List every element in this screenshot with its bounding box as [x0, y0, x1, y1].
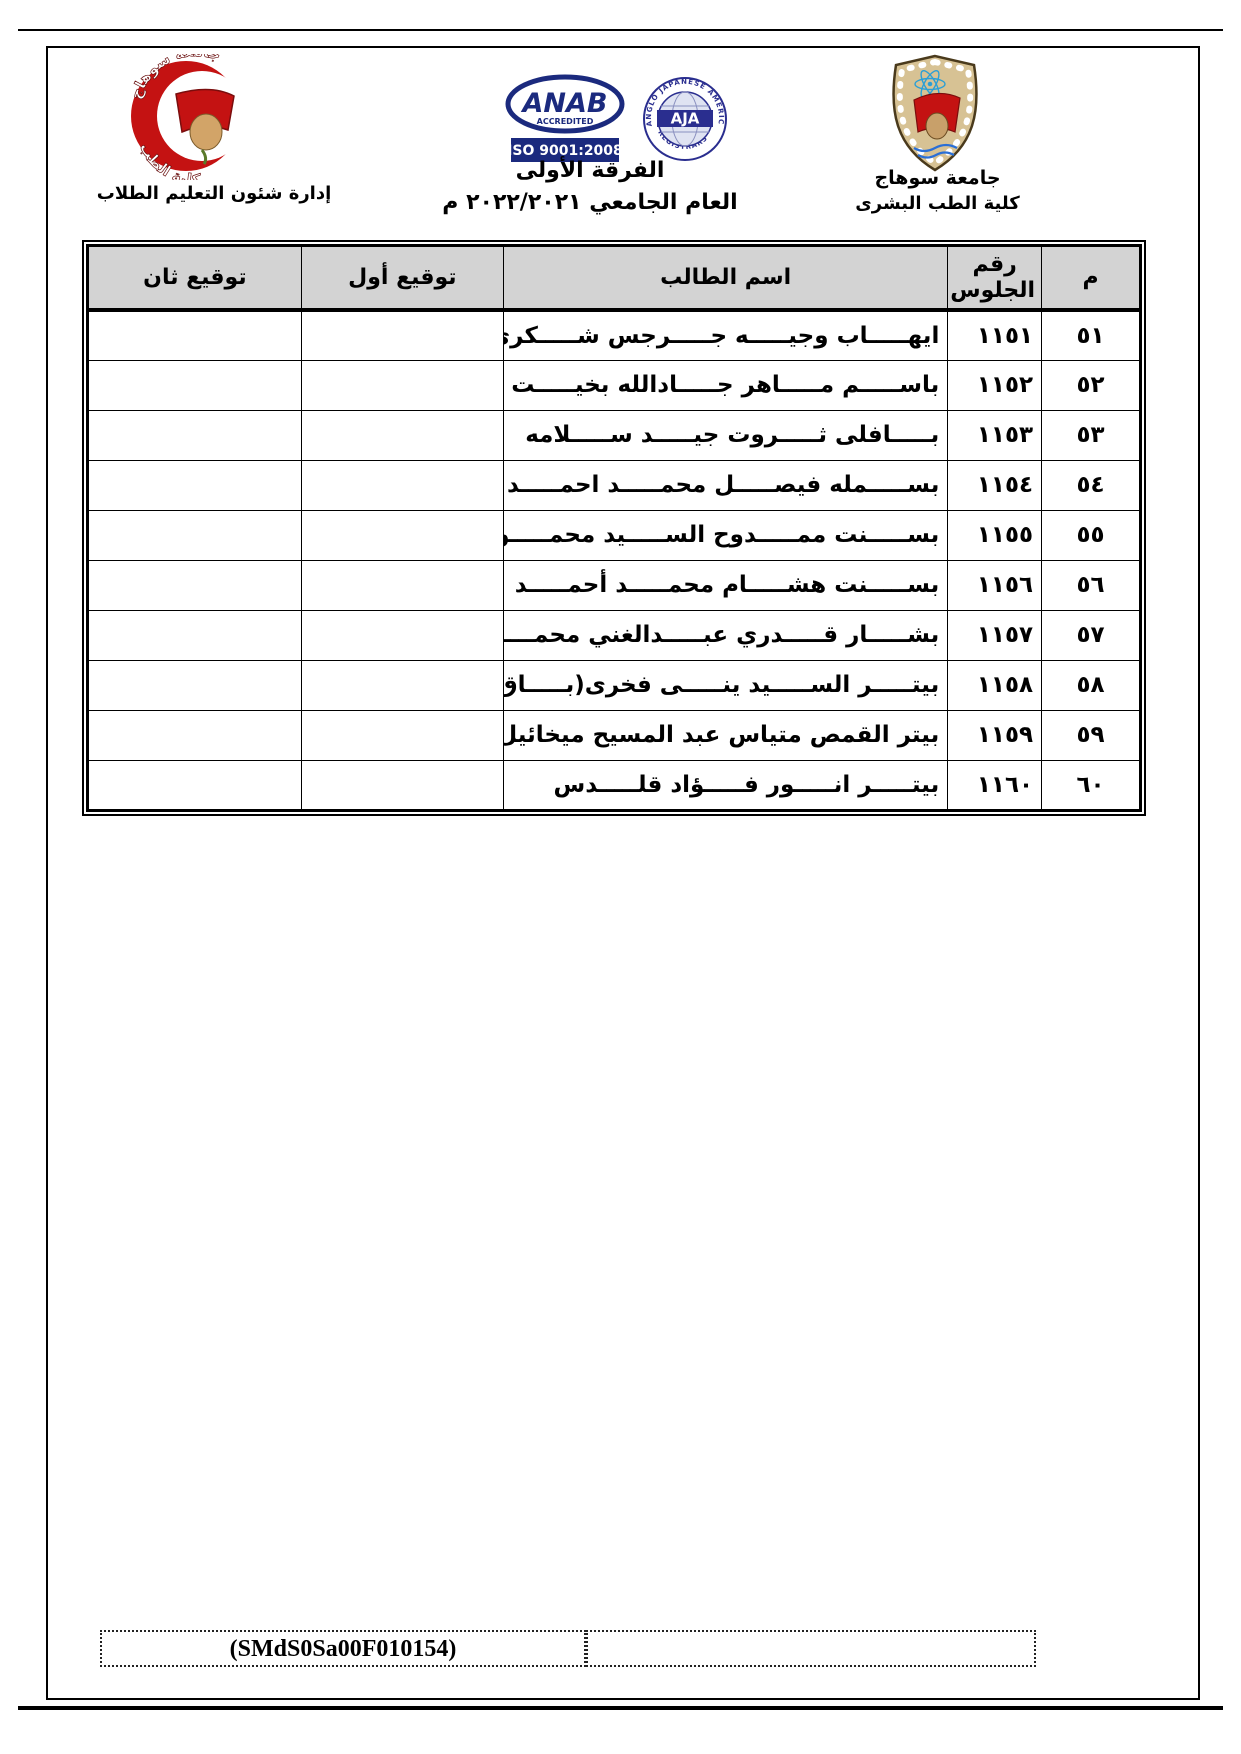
student-name-cell: باســـــم مـــــاهر جـــــادالله بخيــــ…: [503, 360, 947, 410]
students-signature-table: م رقم الجلوس اسم الطالب توقيع أول توقيع …: [86, 244, 1142, 812]
first-signature-cell: [301, 710, 503, 760]
second-signature-cell: [88, 760, 302, 810]
first-signature-cell: [301, 610, 503, 660]
student-index-cell: ٥٨: [1042, 660, 1141, 710]
first-signature-cell: [301, 660, 503, 710]
student-index-cell: ٥٦: [1042, 560, 1141, 610]
student-name-cell: بســـــنت ممـــــدوح الســـــيد محمـــــ…: [503, 510, 947, 560]
footer-empty-box: [586, 1630, 1036, 1667]
second-signature-cell: [88, 510, 302, 560]
document-page: جامعة سوهاج كلية الطب إدارة شئون التعليم…: [0, 0, 1241, 1754]
student-row: ٥٣١١٥٣بـــــافلى ثـــــروت جيـــــد ســـ…: [88, 410, 1141, 460]
student-index-cell: ٥٣: [1042, 410, 1141, 460]
second-signature-cell: [88, 410, 302, 460]
student-index-cell: ٥٤: [1042, 460, 1141, 510]
header-cell-first-signature: توقيع أول: [301, 246, 503, 311]
header-cell-index: م: [1042, 246, 1141, 311]
student-name-cell: بســـــنت هشـــــام محمـــــد أحمـــــد: [503, 560, 947, 610]
student-name-cell: ايهـــــاب وجيـــــه جـــــرجس شـــــكرى: [503, 310, 947, 360]
student-index-cell: ٦٠: [1042, 760, 1141, 810]
first-signature-cell: [301, 760, 503, 810]
second-signature-cell: [88, 710, 302, 760]
shield-logo-graphic: [880, 52, 990, 176]
second-signature-cell: [88, 560, 302, 610]
first-signature-cell: [301, 560, 503, 610]
student-row: ٥٢١١٥٢باســـــم مـــــاهر جـــــادالله ب…: [88, 360, 1141, 410]
header-cell-second-signature: توقيع ثان: [88, 246, 302, 311]
page-title-grade: الفرقة الأولى: [370, 158, 810, 183]
page-title-academic-year: العام الجامعي ٢٠٢٢/٢٠٢١ م: [350, 190, 830, 215]
seat-number-cell: ١١٥٤: [948, 460, 1042, 510]
table-header-row: م رقم الجلوس اسم الطالب توقيع أول توقيع …: [88, 246, 1141, 311]
student-row: ٦٠١١٦٠بيتـــــر انـــــور فـــــؤاد قلــ…: [88, 760, 1141, 810]
anab-iso-text: ISO 9001:2008: [507, 143, 623, 159]
header-cell-seat-number: رقم الجلوس: [948, 246, 1042, 311]
faculty-name-label: كلية الطب البشرى: [830, 193, 1045, 214]
form-code-box: (SMdS0Sa00F010154): [100, 1630, 586, 1667]
seat-number-cell: ١١٥٥: [948, 510, 1042, 560]
first-signature-cell: [301, 410, 503, 460]
university-name-label: جامعة سوهاج: [845, 167, 1030, 189]
sohag-medicine-crescent-logo: جامعة سوهاج كلية الطب: [106, 54, 274, 180]
anab-accredited-text: ACCREDITED: [537, 117, 594, 126]
student-row: ٥١١١٥١ايهـــــاب وجيـــــه جـــــرجس شــ…: [88, 310, 1141, 360]
student-row: ٥٥١١٥٥بســـــنت ممـــــدوح الســـــيد مح…: [88, 510, 1141, 560]
second-signature-cell: [88, 610, 302, 660]
anab-wordmark: ANAB: [521, 88, 608, 119]
student-row: ٥٦١١٥٦بســـــنت هشـــــام محمـــــد أحمـ…: [88, 560, 1141, 610]
student-row: ٥٩١١٥٩بيتر القمص متياس عبد المسيح ميخائي…: [88, 710, 1141, 760]
student-index-cell: ٥١: [1042, 310, 1141, 360]
seat-number-cell: ١١٥٦: [948, 560, 1042, 610]
student-name-cell: بـــــافلى ثـــــروت جيـــــد ســـــلامه: [503, 410, 947, 460]
second-signature-cell: [88, 460, 302, 510]
table-body: ٥١١١٥١ايهـــــاب وجيـــــه جـــــرجس شــ…: [88, 310, 1141, 810]
second-signature-cell: [88, 310, 302, 360]
pharaoh-face-shape: [926, 113, 948, 139]
student-name-cell: بســـــمله فيصـــــل محمـــــد احمـــــد: [503, 460, 947, 510]
first-signature-cell: [301, 360, 503, 410]
crescent-logo-graphic: جامعة سوهاج كلية الطب: [106, 54, 274, 180]
student-name-cell: بيتر القمص متياس عبد المسيح ميخائيل: [503, 710, 947, 760]
department-label: إدارة شئون التعليم الطلاب: [88, 183, 340, 204]
page-top-rule: [18, 29, 1223, 31]
seat-number-cell: ١١٥٨: [948, 660, 1042, 710]
student-index-cell: ٥٢: [1042, 360, 1141, 410]
aja-registrars-logo: ANGLO JAPANESE AMERICAN REGISTRARS AJA: [642, 76, 728, 162]
page-bottom-rule: [18, 1706, 1223, 1710]
seat-number-cell: ١١٥٣: [948, 410, 1042, 460]
first-signature-cell: [301, 460, 503, 510]
student-index-cell: ٥٧: [1042, 610, 1141, 660]
first-signature-cell: [301, 310, 503, 360]
pharaoh-face-shape: [190, 114, 222, 150]
second-signature-cell: [88, 360, 302, 410]
sohag-university-shield-logo: [880, 52, 990, 176]
student-name-cell: بيتـــــر الســـــيد ينـــــى فخرى(بــــ…: [503, 660, 947, 710]
student-index-cell: ٥٥: [1042, 510, 1141, 560]
second-signature-cell: [88, 660, 302, 710]
student-name-cell: بيتـــــر انـــــور فـــــؤاد قلـــــدس: [503, 760, 947, 810]
student-index-cell: ٥٩: [1042, 710, 1141, 760]
seat-number-cell: ١١٦٠: [948, 760, 1042, 810]
seat-number-cell: ١١٥٢: [948, 360, 1042, 410]
seat-number-cell: ١١٥١: [948, 310, 1042, 360]
students-table-wrapper: م رقم الجلوس اسم الطالب توقيع أول توقيع …: [82, 240, 1146, 816]
student-name-cell: بشـــــار قـــــدري عبـــــدالغني محمـــ…: [503, 610, 947, 660]
first-signature-cell: [301, 510, 503, 560]
aja-wordmark: AJA: [671, 110, 700, 128]
anab-logo-graphic: ANAB ACCREDITED ISO 9001:2008: [503, 74, 627, 168]
student-row: ٥٨١١٥٨بيتـــــر الســـــيد ينـــــى فخرى…: [88, 660, 1141, 710]
student-row: ٥٧١١٥٧بشـــــار قـــــدري عبـــــدالغني …: [88, 610, 1141, 660]
seat-number-cell: ١١٥٧: [948, 610, 1042, 660]
student-row: ٥٤١١٥٤بســـــمله فيصـــــل محمـــــد احم…: [88, 460, 1141, 510]
seat-number-cell: ١١٥٩: [948, 710, 1042, 760]
aja-logo-graphic: ANGLO JAPANESE AMERICAN REGISTRARS AJA: [642, 76, 728, 162]
header-cell-student-name: اسم الطالب: [503, 246, 947, 311]
anab-accredited-logo: ANAB ACCREDITED ISO 9001:2008: [503, 74, 627, 168]
